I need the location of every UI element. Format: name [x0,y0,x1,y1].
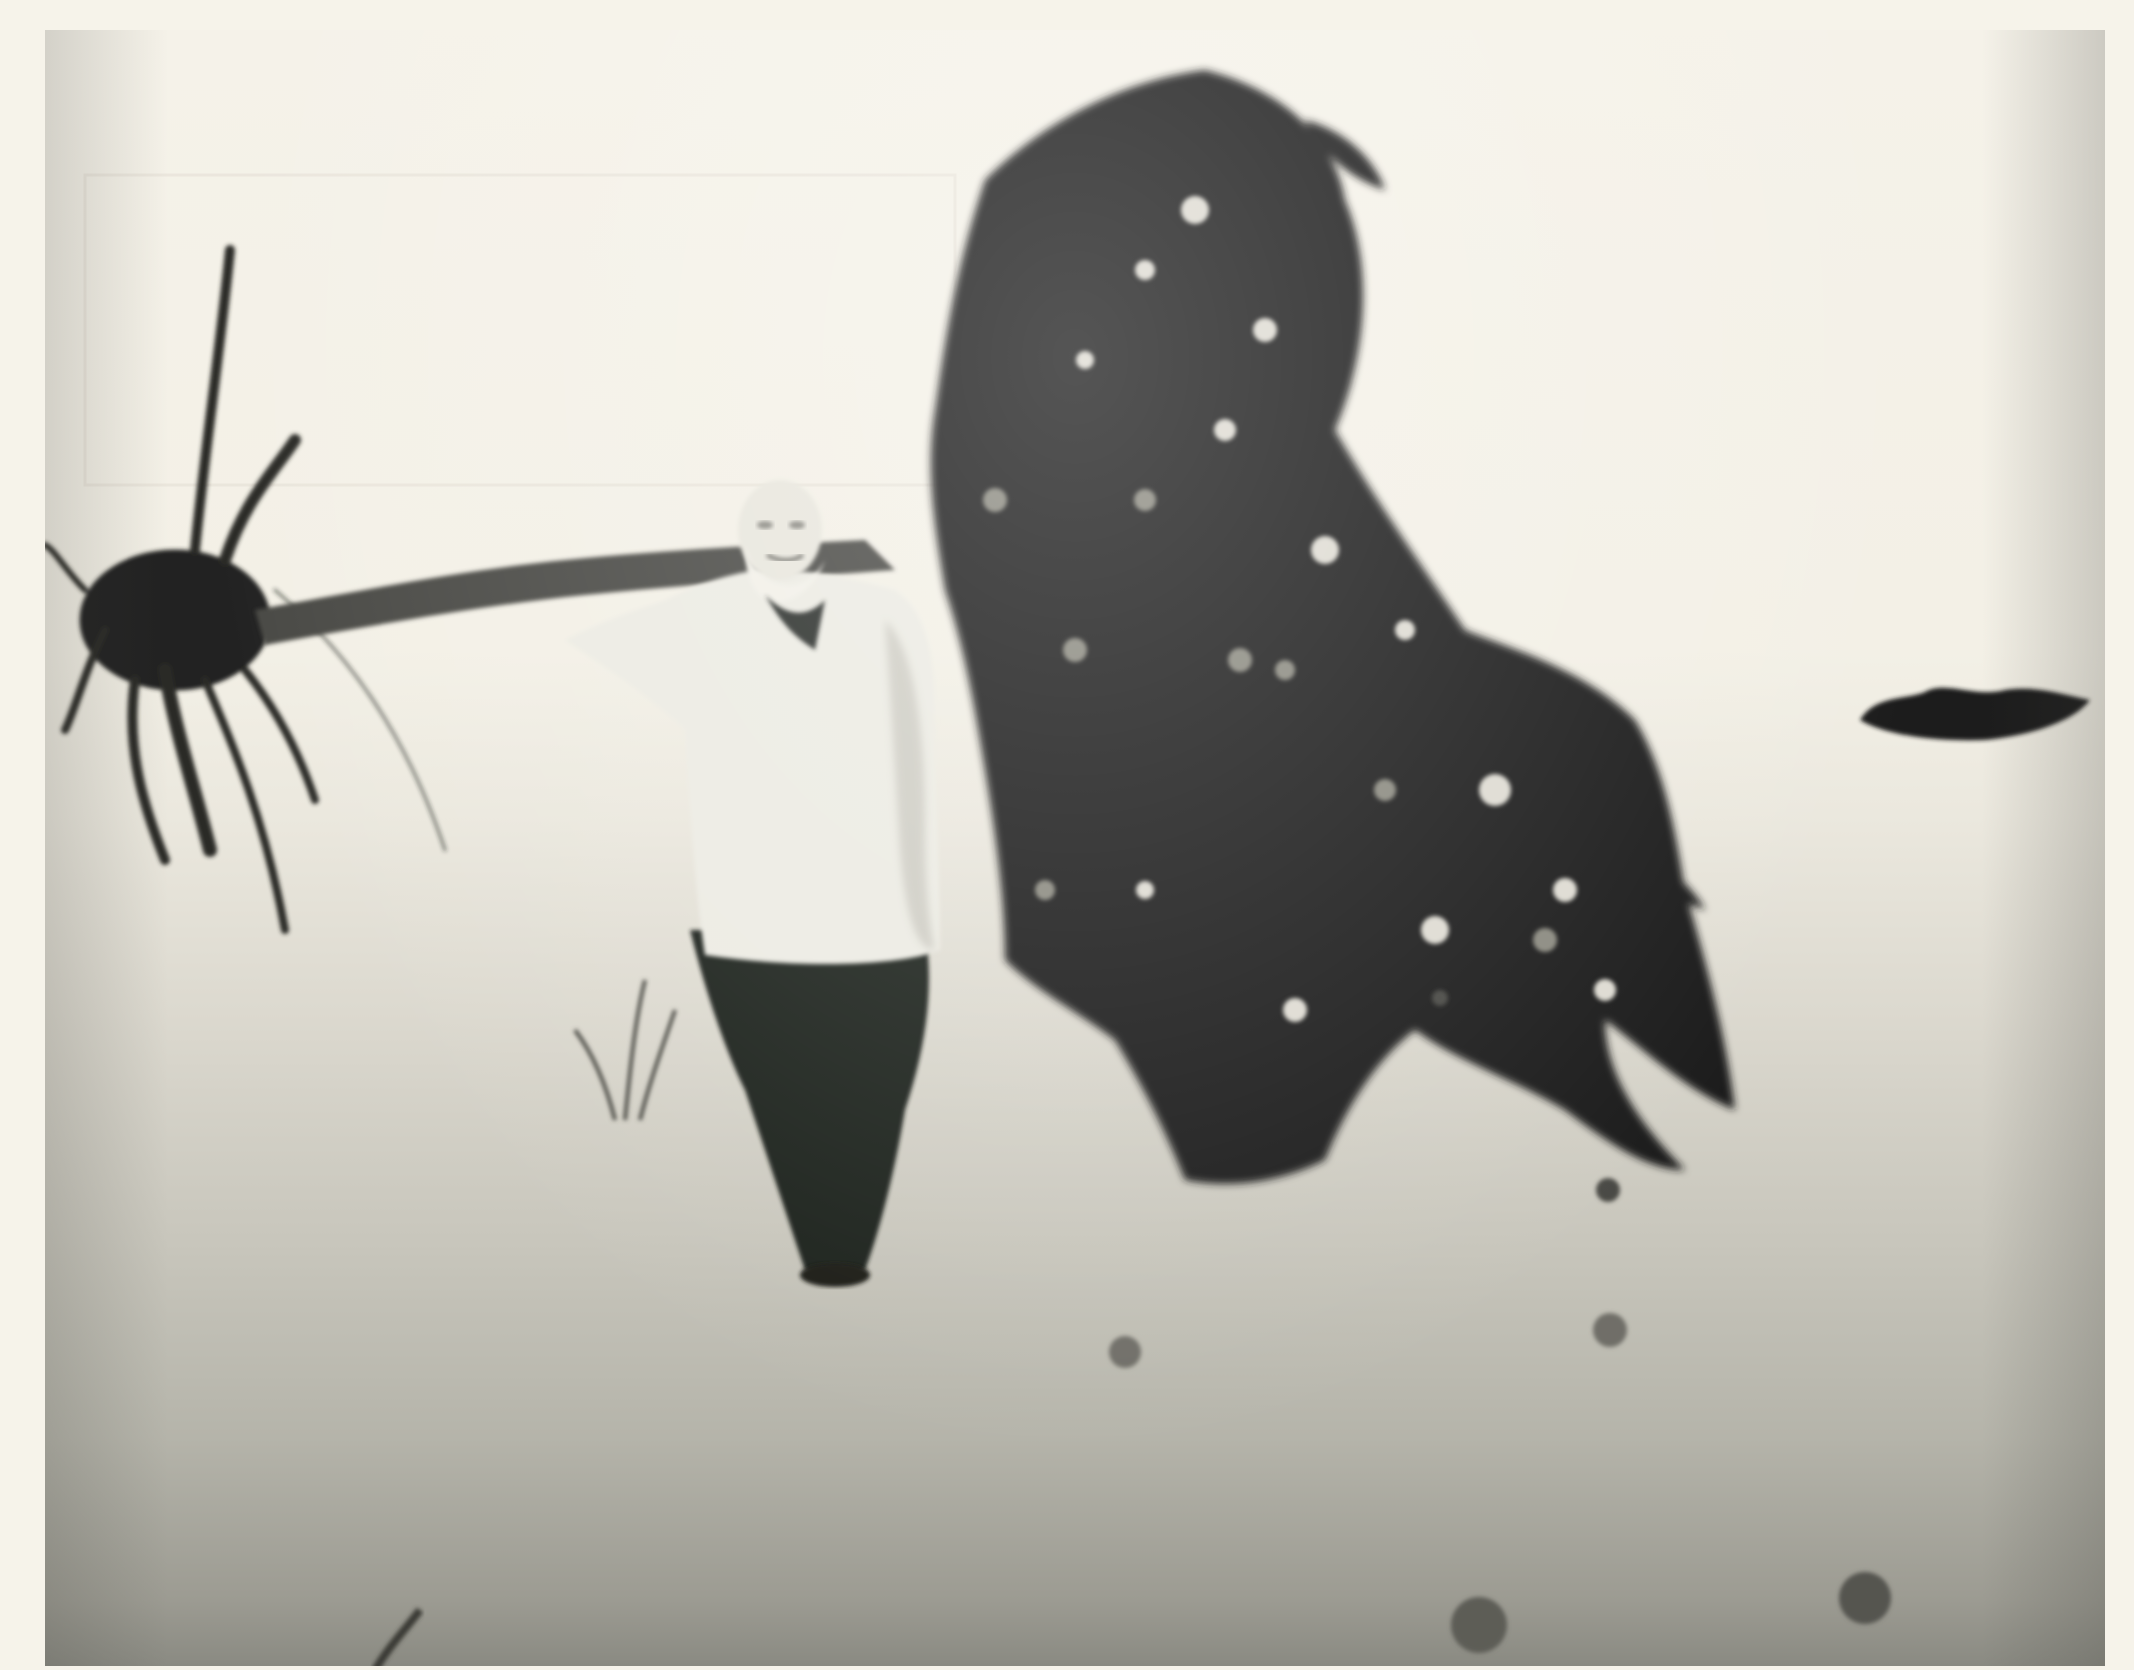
photo-scene [45,30,2105,1666]
tree-foliage [931,70,1735,1184]
shirt [565,570,940,964]
stamp-ghost [85,175,955,485]
photograph [45,30,2105,1666]
trousers [690,930,929,1278]
elderly-man [565,480,940,1287]
photo-print [0,0,2134,1670]
ground-stick [375,1610,420,1666]
weed [575,980,675,1120]
distant-bush [1860,688,2090,741]
